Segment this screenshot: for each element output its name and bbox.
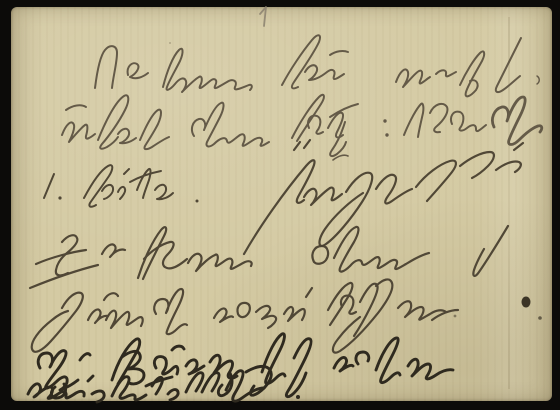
handwriting-line-3-flourish-word bbox=[244, 140, 523, 276]
handwriting-layer bbox=[0, 0, 560, 410]
handwriting-line-3-left bbox=[44, 165, 199, 207]
handwriting-line-6 bbox=[38, 334, 453, 398]
ink-blot bbox=[522, 297, 542, 320]
handwriting-line-4 bbox=[30, 227, 429, 288]
handwriting-line-1 bbox=[95, 35, 539, 96]
pencil-page-number bbox=[260, 7, 266, 26]
handwriting-line-5 bbox=[32, 279, 458, 352]
handwriting-line-2 bbox=[62, 95, 542, 160]
